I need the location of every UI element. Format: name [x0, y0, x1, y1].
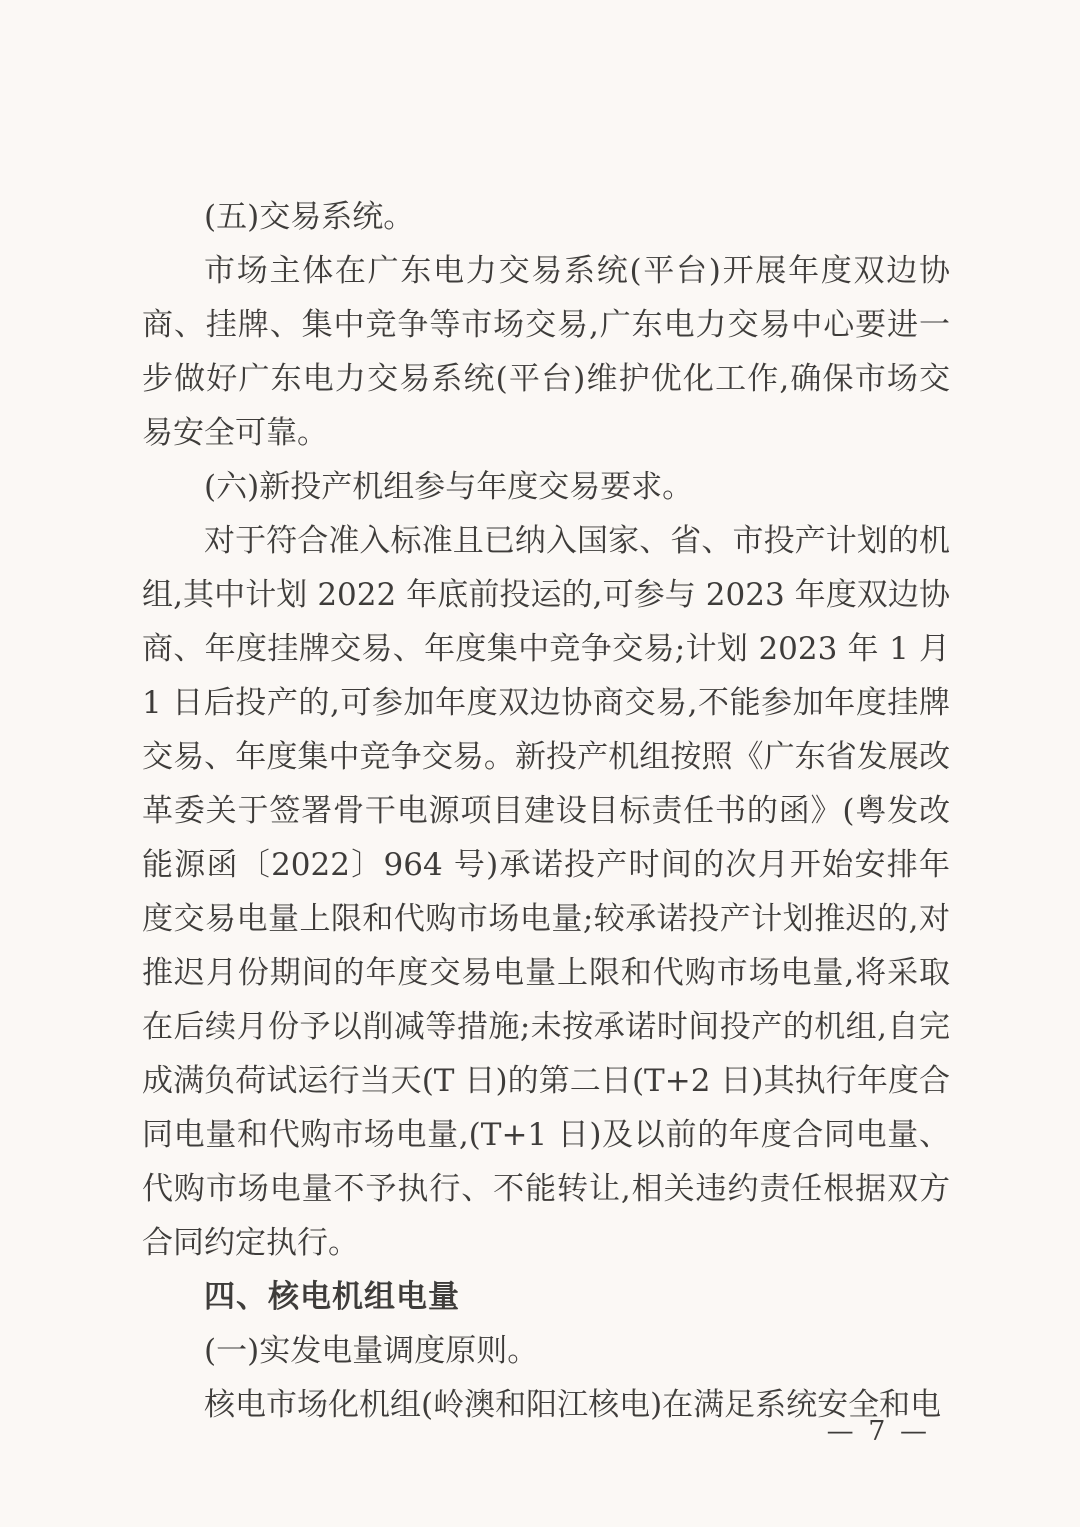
section-heading-1-dispatch-principle: (一)实发电量调度原则。	[142, 1324, 950, 1378]
page-number: — 7 —	[827, 1416, 930, 1447]
document-body: (五)交易系统。 市场主体在广东电力交易系统(平台)开展年度双边协商、挂牌、集中…	[142, 190, 950, 1432]
section-heading-5-trading-system: (五)交易系统。	[142, 190, 950, 244]
chapter-heading-nuclear-power: 四、核电机组电量	[142, 1270, 950, 1324]
paragraph-trading-system: 市场主体在广东电力交易系统(平台)开展年度双边协商、挂牌、集中竞争等市场交易,广…	[142, 244, 950, 460]
document-page: (五)交易系统。 市场主体在广东电力交易系统(平台)开展年度双边协商、挂牌、集中…	[0, 0, 1080, 1527]
section-heading-6-new-units: (六)新投产机组参与年度交易要求。	[142, 460, 950, 514]
paragraph-new-units-requirements: 对于符合准入标准且已纳入国家、省、市投产计划的机组,其中计划 2022 年底前投…	[142, 514, 950, 1270]
